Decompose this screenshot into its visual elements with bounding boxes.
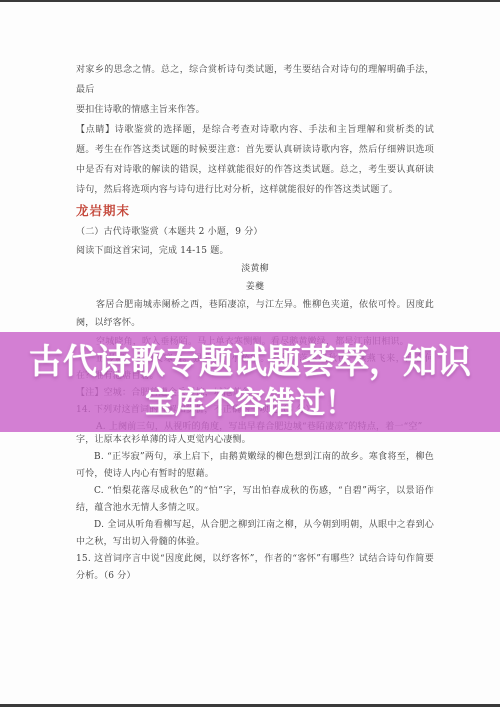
- option-a-line-2: 字，让原本衣衫单薄的诗人更觉内心凄恻。: [76, 432, 434, 449]
- option-c: C. “怕梨花落尽成秋色”的“怕”字，写出怕春成秋的伤感，“自碧”两字，以景语作…: [76, 483, 434, 517]
- poem-title: 淡黄柳: [76, 260, 434, 278]
- section-line: （二）古代诗歌鉴赏（本题共 2 小题，9 分）: [76, 222, 434, 242]
- exam-source-heading: 龙岩期末: [76, 200, 434, 222]
- questions-section: 字，让原本衣衫单薄的诗人更觉内心凄恻。 B. “正岑寂”两句，承上启下，由鹅黄嫩…: [76, 432, 434, 585]
- document-content: 对家乡的思念之情。总之，综合赏析诗句类试题，考生要结合对诗句的理解明确手法，最后…: [0, 0, 500, 585]
- question-15: 15. 这首词序言中说“因度此阕，以纾客怀”，作者的“客怀”有哪些？试结合诗句作…: [76, 551, 434, 585]
- promo-banner: 古代诗歌专题试题荟萃，知识 宝库不容错过！: [0, 332, 500, 432]
- promo-banner-line-1: 古代诗歌专题试题荟萃，知识: [29, 340, 471, 384]
- instruction-line: 阅读下面这首宋词，完成 14-15 题。: [76, 242, 434, 260]
- poem-preface: 客居合肥南城赤阑桥之西，巷陌凄凉，与江左异。惟柳色夹道，依依可怜。因度此阕，以纾…: [76, 296, 434, 332]
- analysis-tail-line-1: 对家乡的思念之情。总之，综合赏析诗句类试题，考生要结合对诗句的理解明确手法，最后: [76, 60, 434, 100]
- poet-name: 姜夔: [76, 278, 434, 296]
- occluded-section: 空城晓角，吹入垂杨陌。马上单衣寒恻恻。看尽鹅黄嫩绿，都是江南旧相识。 正岑寂，明…: [0, 332, 500, 432]
- analysis-tail-line-2: 要扣住诗歌的情感主旨来作答。: [76, 100, 434, 120]
- promo-banner-line-2: 宝库不容错过！: [145, 384, 355, 424]
- top-edge-line: [0, 0, 500, 2]
- document-page: 对家乡的思念之情。总之，综合赏析诗句类试题，考生要结合对诗句的理解明确手法，最后…: [0, 0, 500, 707]
- option-d: D. 全词从听角看柳写起，从合肥之柳到江南之柳，从今朝到明朝，从眼中之春到心中之…: [76, 517, 434, 551]
- dianjing-paragraph: 【点睛】诗歌鉴赏的选择题，是综合考查对诗歌内容、手法和主旨理解和赏析类的试题。考…: [76, 120, 434, 200]
- option-b: B. “正岑寂”两句，承上启下，由鹅黄嫩绿的柳色想到江南的故乡。寒食将至，柳色可…: [76, 449, 434, 483]
